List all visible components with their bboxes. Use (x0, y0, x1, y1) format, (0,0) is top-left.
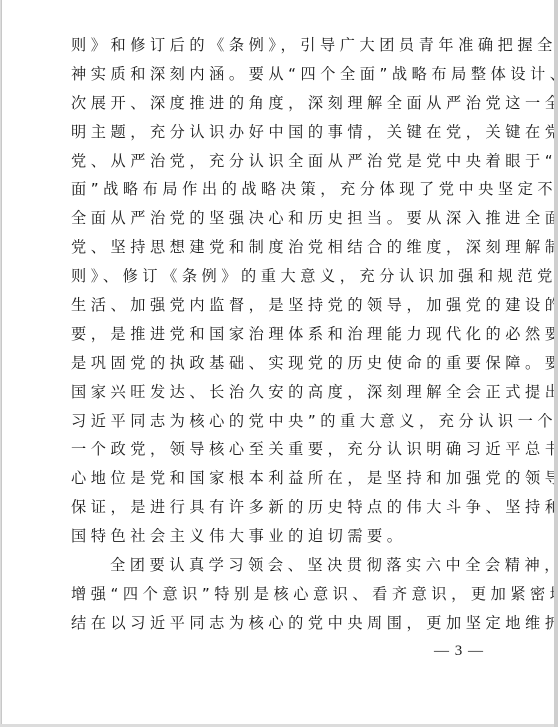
text-line: 保证，是进行具有许多新的历史特点的伟大斗争、坚持和发展中 (71, 493, 487, 522)
paragraph-start-line: 全团要认真学习领会、坚决贯彻落实六中全会精神，进一步 (71, 551, 487, 580)
text-line: 生活、加强党内监督，是坚持党的领导，加强党的建设的迫切需 (71, 291, 487, 320)
document-page: 则》和修订后的《条例》，引导广大团员青年准确把握全会的精 神实质和深刻内涵。要从… (1, 0, 554, 724)
text-line: 一个政党，领导核心至关重要，充分认识明确习近平总书记的核 (71, 435, 487, 464)
text-line: 要，是推进党和国家治理体系和治理能力现代化的必然要求，也 (71, 320, 487, 349)
text-line: 则》和修订后的《条例》，引导广大团员青年准确把握全会的精 (71, 31, 487, 60)
text-line: 结在以习近平同志为核心的党中央周围，更加坚定地维护以 (71, 609, 487, 638)
document-viewer: 则》和修订后的《条例》，引导广大团员青年准确把握全会的精 神实质和深刻内涵。要从… (0, 0, 558, 727)
text-line: 是巩固党的执政基础、实现党的历史使命的重要保障。要从党和 (71, 349, 487, 378)
page-number: — 3 — (434, 643, 484, 660)
body-text: 则》和修订后的《条例》，引导广大团员青年准确把握全会的精 神实质和深刻内涵。要从… (71, 31, 487, 638)
text-line: 国家兴旺发达、长治久安的高度，深刻理解全会正式提出“以 (71, 378, 487, 407)
text-line: 国特色社会主义伟大事业的迫切需要。 (71, 522, 487, 551)
text-line: 神实质和深刻内涵。要从“四个全面”战略布局整体设计、渐 (71, 60, 487, 89)
text-line: 党、从严治党，充分认识全面从严治党是党中央着眼于“四个全 (71, 147, 487, 176)
text-line: 全面从严治党的坚强决心和历史担当。要从深入推进全面从严治 (71, 204, 487, 233)
text-line: 次展开、深度推进的角度，深刻理解全面从严治党这一全会的鲜 (71, 89, 487, 118)
text-line: 心地位是党和国家根本利益所在，是坚持和加强党的领导的根本 (71, 464, 487, 493)
page-edge-shadow (554, 0, 558, 727)
text-line: 则》、修订《条例》的重大意义，充分认识加强和规范党内政治 (71, 262, 487, 291)
text-line: 明主题，充分认识办好中国的事情，关键在党，关键在党要管 (71, 118, 487, 147)
text-line: 增强“四个意识”特别是核心意识、看齐意识，更加紧密地团 (71, 580, 487, 609)
text-line: 党、坚持思想建党和制度治党相结合的维度，深刻理解制定《准 (71, 233, 487, 262)
text-line: 习近平同志为核心的党中央”的重大意义，充分认识一个国家、 (71, 407, 487, 436)
text-line: 面”战略布局作出的战略决策，充分体现了党中央坚定不移推进 (71, 175, 487, 204)
